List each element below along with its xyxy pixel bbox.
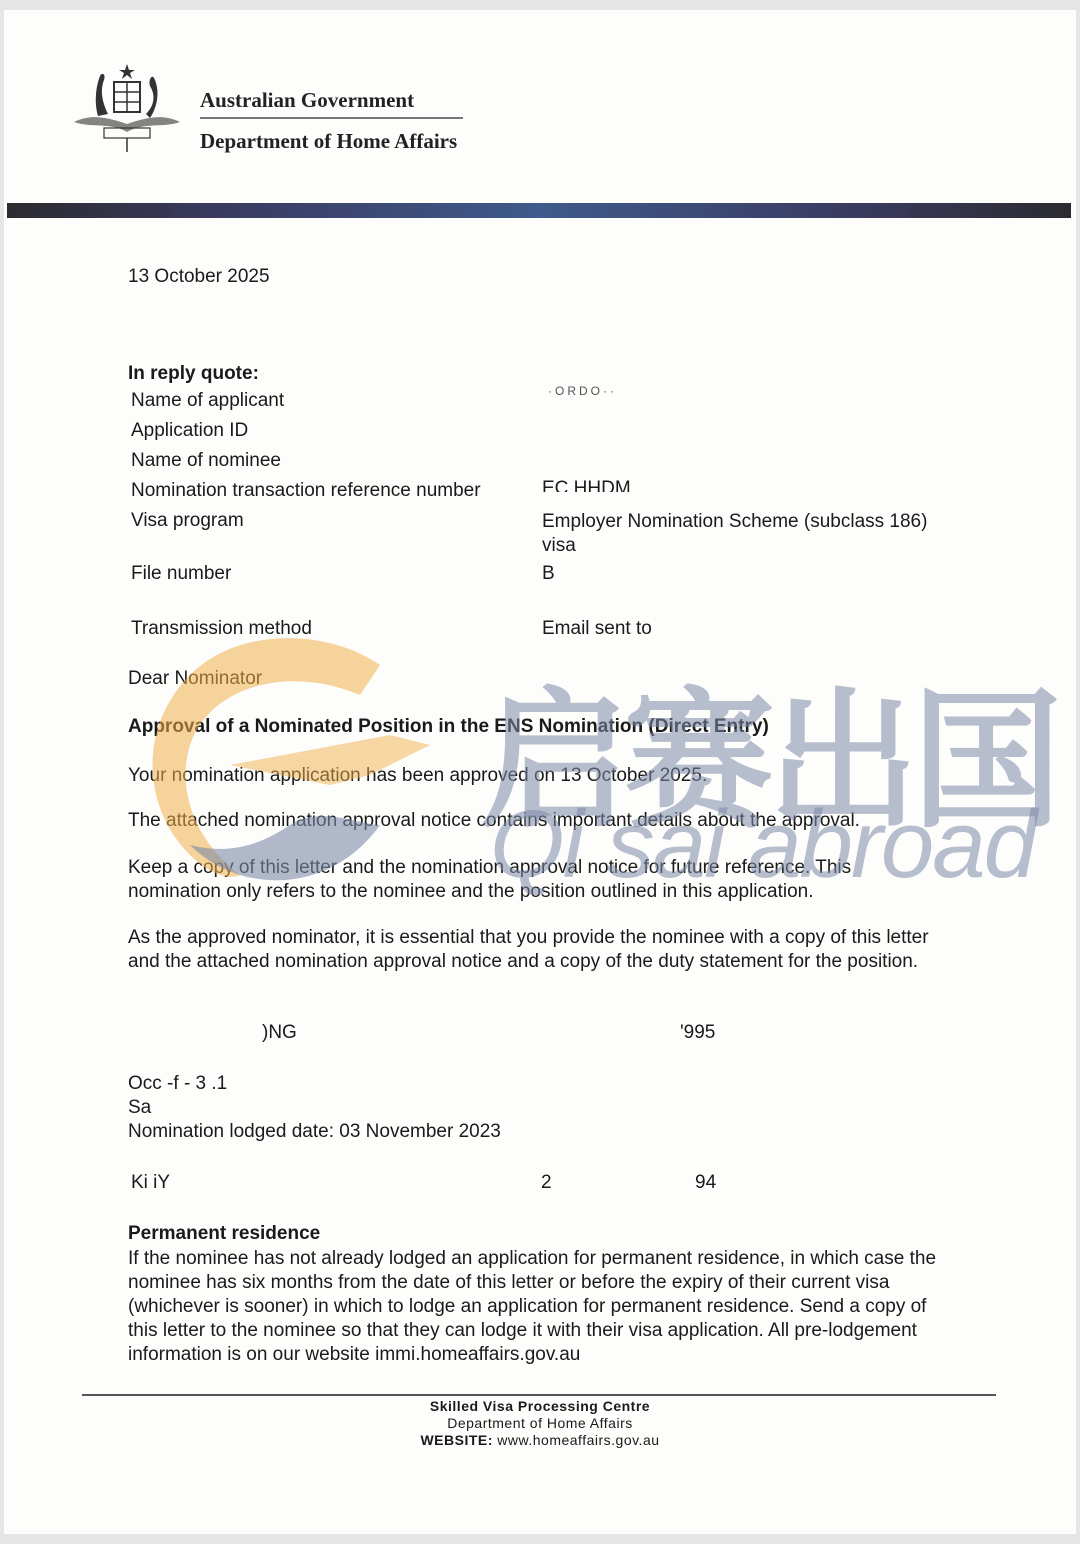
field-value-file-number: B	[542, 563, 555, 585]
salary-line: Sa	[128, 1097, 151, 1119]
field-label-applicant: Name of applicant	[131, 390, 284, 412]
reply-quote-heading: In reply quote:	[128, 363, 259, 385]
field-label-application-id: Application ID	[131, 420, 248, 442]
lodged-date: Nomination lodged date: 03 November 2023	[128, 1121, 501, 1143]
footer-website-link[interactable]: www.homeaffairs.gov.au	[497, 1432, 659, 1448]
letter-subject: Approval of a Nominated Position in the …	[128, 716, 769, 738]
coat-of-arms-icon	[64, 62, 190, 154]
footer-website-line: WEBSITE: www.homeaffairs.gov.au	[0, 1432, 1080, 1448]
occupation-line: Occ -f - 3 .1	[128, 1073, 227, 1095]
field-label-transaction-ref: Nomination transaction reference number	[131, 480, 481, 502]
paragraph-nominator: As the approved nominator, it is essenti…	[128, 926, 948, 974]
field-label-nominee: Name of nominee	[131, 450, 281, 472]
government-title: Australian Government	[200, 88, 414, 113]
field-value-transmission: Email sent to	[542, 618, 652, 640]
footer-divider	[82, 1394, 996, 1396]
salutation: Dear Nominator	[128, 668, 262, 690]
pr-heading: Permanent residence	[128, 1223, 320, 1245]
field-label-visa-program: Visa program	[131, 510, 244, 532]
second-nominee-id-right: 94	[695, 1172, 716, 1194]
field-label-file-number: File number	[131, 563, 231, 585]
field-value-visa-program: Employer Nomination Scheme (subclass 186…	[542, 510, 962, 558]
paragraph-keep-copy: Keep a copy of this letter and the nomin…	[128, 856, 918, 904]
letter-date: 13 October 2025	[128, 266, 270, 288]
nominee-id: '995	[680, 1022, 715, 1044]
field-value-applicant: ·ORDO··	[548, 384, 617, 398]
nominee-name: )NG	[262, 1022, 297, 1044]
paragraph-notice: The attached nomination approval notice …	[128, 810, 860, 832]
second-nominee-name: Ki iY	[131, 1172, 170, 1194]
department-title: Department of Home Affairs	[200, 129, 457, 154]
pr-text: If the nominee has not already lodged an…	[128, 1247, 948, 1367]
header-band	[7, 203, 1071, 218]
field-value-transaction-ref: EC HHDM	[542, 478, 631, 492]
field-label-transmission: Transmission method	[131, 618, 312, 640]
footer-website-label: WEBSITE:	[420, 1432, 492, 1448]
footer-department: Department of Home Affairs	[0, 1415, 1080, 1431]
footer-centre: Skilled Visa Processing Centre	[0, 1398, 1080, 1414]
second-nominee-id-left: 2	[541, 1172, 552, 1194]
paragraph-approval: Your nomination application has been app…	[128, 765, 707, 787]
header-divider	[200, 117, 463, 119]
